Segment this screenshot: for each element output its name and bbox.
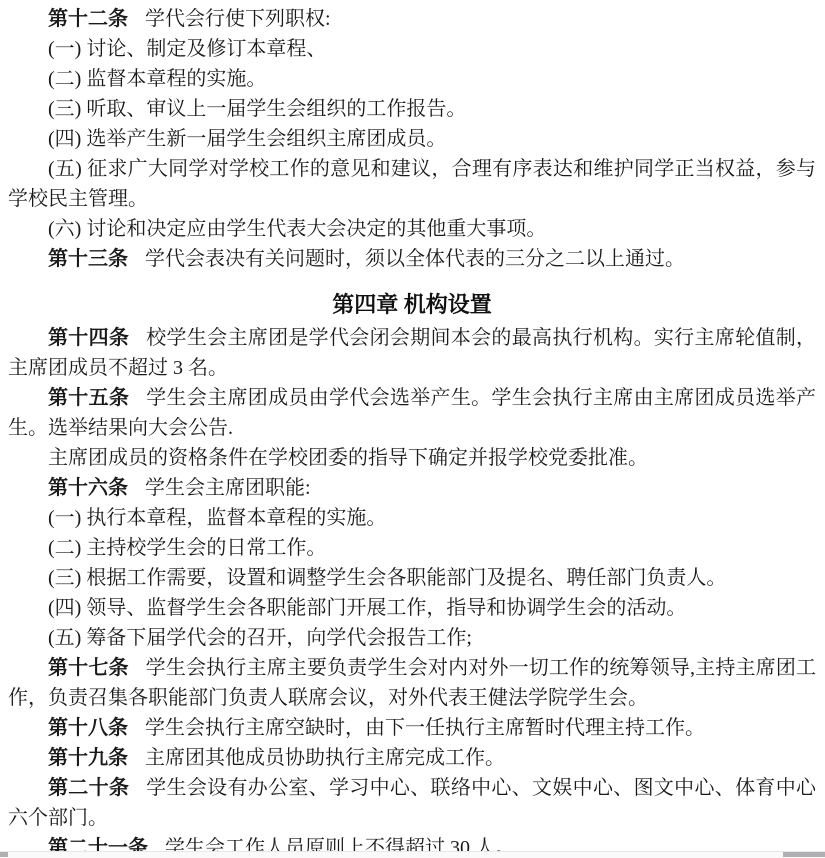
list-item-paragraph: (五) 筹备下届学代会的召开，向学代会报告工作; xyxy=(8,623,816,653)
list-item-paragraph: (六) 讨论和决定应由学生代表大会决定的其他重大事项。 xyxy=(8,214,816,244)
paragraph-text: 学代会表决有关问题时，须以全体代表的三分之二以上通过。 xyxy=(145,248,685,270)
chapter-heading: 第四章 机构设置 xyxy=(8,290,816,320)
list-item-paragraph: (三) 听取、审议上一届学生会组织的工作报告。 xyxy=(8,94,816,124)
list-item-paragraph: (二) 监督本章程的实施。 xyxy=(8,64,816,94)
document-page: 第十二条学代会行使下列职权:(一) 讨论、制定及修订本章程、(二) 监督本章程的… xyxy=(0,0,825,851)
paragraph-text: 学生会执行主席空缺时，由下一任执行主席暂时代理主持工作。 xyxy=(145,717,705,739)
paragraph-text: (六) 讨论和决定应由学生代表大会决定的其他重大事项。 xyxy=(48,218,546,240)
body-paragraph: 主席团成员的资格条件在学校团委的指导下确定并报学校党委批准。 xyxy=(8,443,816,473)
paragraph-text: (二) 监督本章程的实施。 xyxy=(48,68,266,90)
paragraph-text: (二) 主持校学生会的日常工作。 xyxy=(48,537,326,559)
list-item-paragraph: (一) 执行本章程，监督本章程的实施。 xyxy=(8,503,816,533)
paragraph-text: 学生会主席团职能: xyxy=(145,477,311,499)
list-item-paragraph: (三) 根据工作需要，设置和调整学生会各职能部门及提名、聘任部门负责人。 xyxy=(8,563,816,593)
article-number: 第十三条 xyxy=(48,248,145,270)
article-number: 第十二条 xyxy=(48,8,145,30)
paragraph-text: (五) 征求广大同学对学校工作的意见和建议，合理有序表达和维护同学正当权益，参与… xyxy=(8,158,816,210)
article-paragraph: 第十二条学代会行使下列职权: xyxy=(8,4,816,34)
paragraph-text: 主席团成员的资格条件在学校团委的指导下确定并报学校党委批准。 xyxy=(48,447,648,469)
scrollbar-left-piece[interactable] xyxy=(0,852,8,857)
list-item-paragraph: (四) 领导、监督学生会各职能部门开展工作，指导和协调学生会的活动。 xyxy=(8,593,816,623)
list-item-paragraph: (四) 选举产生新一届学生会组织主席团成员。 xyxy=(8,124,816,154)
article-paragraph: 第二十条学生会设有办公室、学习中心、联络中心、文娱中心、图文中心、体育中心六个部… xyxy=(8,773,816,833)
article-paragraph: 第十七条学生会执行主席主要负责学生会对内对外一切工作的统筹领导,主持主席团工作，… xyxy=(8,653,816,713)
list-item-paragraph: (五) 征求广大同学对学校工作的意见和建议，合理有序表达和维护同学正当权益，参与… xyxy=(8,154,816,214)
paragraph-text: (五) 筹备下届学代会的召开，向学代会报告工作; xyxy=(48,627,472,649)
article-number: 第二十一条 xyxy=(48,837,165,851)
article-number: 第十五条 xyxy=(48,387,146,409)
article-number: 第十八条 xyxy=(48,717,145,739)
paragraph-text: (四) 领导、监督学生会各职能部门开展工作，指导和协调学生会的活动。 xyxy=(48,597,686,619)
article-number: 第十六条 xyxy=(48,477,145,499)
article-paragraph: 第十四条校学生会主席团是学代会闭会期间本会的最高执行机构。实行主席轮值制，主席团… xyxy=(8,323,816,383)
paragraph-text: (三) 根据工作需要，设置和调整学生会各职能部门及提名、聘任部门负责人。 xyxy=(48,567,726,589)
article-number: 第十九条 xyxy=(48,747,145,769)
paragraph-text: (一) 讨论、制定及修订本章程、 xyxy=(48,38,326,60)
paragraph-text: (四) 选举产生新一届学生会组织主席团成员。 xyxy=(48,128,446,150)
article-paragraph: 第十九条主席团其他成员协助执行主席完成工作。 xyxy=(8,743,816,773)
article-paragraph: 第十八条学生会执行主席空缺时，由下一任执行主席暂时代理主持工作。 xyxy=(8,713,816,743)
horizontal-scrollbar[interactable] xyxy=(0,851,825,858)
article-number: 第十七条 xyxy=(48,657,146,679)
list-item-paragraph: (一) 讨论、制定及修订本章程、 xyxy=(8,34,816,64)
list-item-paragraph: (二) 主持校学生会的日常工作。 xyxy=(8,533,816,563)
paragraph-text: 学代会行使下列职权: xyxy=(145,8,331,30)
paragraph-text: 学生会工作人员原则上不得超过 30 人。 xyxy=(165,837,515,851)
article-paragraph: 第十六条学生会主席团职能: xyxy=(8,473,816,503)
article-paragraph: 第二十一条学生会工作人员原则上不得超过 30 人。 xyxy=(8,833,816,851)
document-body: 第十二条学代会行使下列职权:(一) 讨论、制定及修订本章程、(二) 监督本章程的… xyxy=(8,4,816,851)
article-paragraph: 第十五条学生会主席团成员由学代会选举产生。学生会执行主席由主席团成员选举产生。选… xyxy=(8,383,816,443)
article-paragraph: 第十三条学代会表决有关问题时，须以全体代表的三分之二以上通过。 xyxy=(8,244,816,274)
paragraph-text: (三) 听取、审议上一届学生会组织的工作报告。 xyxy=(48,98,466,120)
scrollbar-thumb[interactable] xyxy=(783,852,825,857)
article-number: 第十四条 xyxy=(48,327,146,349)
article-number: 第二十条 xyxy=(48,777,146,799)
paragraph-text: 主席团其他成员协助执行主席完成工作。 xyxy=(145,747,505,769)
paragraph-text: (一) 执行本章程，监督本章程的实施。 xyxy=(48,507,386,529)
